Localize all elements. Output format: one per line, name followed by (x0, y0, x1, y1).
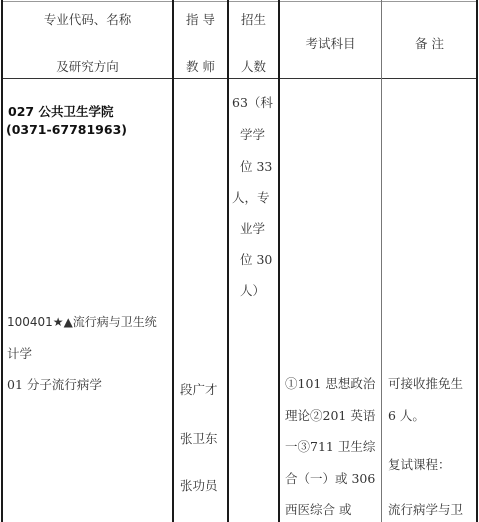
exam-subject-line: 一③711 卫生综 (285, 437, 375, 455)
school-phone: (0371-67781963) (6, 122, 127, 137)
admissions-table: 专业代码、名称 及研究方向 指 导 教 师 招生 人数 考试科目 备 注 027… (0, 0, 479, 522)
col-border-1 (172, 0, 174, 522)
exam-subject-line: 合（一）或 306 (285, 469, 375, 487)
exam-subject-line: ①101 思想政治 (285, 374, 375, 392)
advisor-name: 张功员 (180, 476, 218, 494)
enrollment-line: 学学 (240, 125, 265, 143)
header-enrollment-line2: 人数 (229, 57, 278, 75)
col-border-2 (227, 0, 229, 522)
enrollment-line: 位 30 (240, 250, 272, 268)
major-code-name-line2: 计学 (7, 344, 32, 362)
header-exam-subjects: 考试科目 (280, 34, 381, 52)
notes-line: 6 人。 (388, 406, 425, 424)
header-advisor-line2: 教 师 (174, 57, 227, 75)
research-direction: 01 分子流行病学 (7, 375, 102, 393)
exam-subject-line: 理论②201 英语 (285, 406, 375, 424)
major-code-name-line1: 100401★▲流行病与卫生统 (7, 313, 157, 330)
notes-line: 复试课程： (388, 455, 451, 473)
exam-subject-line: 西医综合 或 (285, 500, 351, 518)
advisor-name: 段广才 (180, 380, 218, 398)
header-divider (2, 78, 478, 79)
header-enrollment-line1: 招生 (229, 10, 278, 28)
col-border-right (476, 0, 478, 522)
col-border-4 (381, 0, 382, 522)
enrollment-line: 人） (240, 281, 265, 299)
notes-line: 流行病学与卫 (388, 500, 463, 518)
enrollment-line: 位 33 (240, 157, 272, 175)
enrollment-line: 业学 (240, 219, 265, 237)
header-major-line1: 专业代码、名称 (3, 10, 172, 28)
school-name: 027 公共卫生学院 (8, 102, 113, 120)
col-border-3 (278, 0, 280, 522)
header-advisor-line1: 指 导 (174, 10, 227, 28)
header-notes: 备 注 (383, 34, 476, 52)
header-major-line2: 及研究方向 (3, 57, 172, 75)
col-border-left (1, 0, 3, 522)
enrollment-line: 63（科 (232, 93, 273, 111)
notes-line: 可接收推免生 (388, 374, 463, 392)
enrollment-line: 人，专 (232, 188, 270, 206)
advisor-name: 张卫东 (180, 429, 218, 447)
table-top-border (2, 1, 478, 2)
